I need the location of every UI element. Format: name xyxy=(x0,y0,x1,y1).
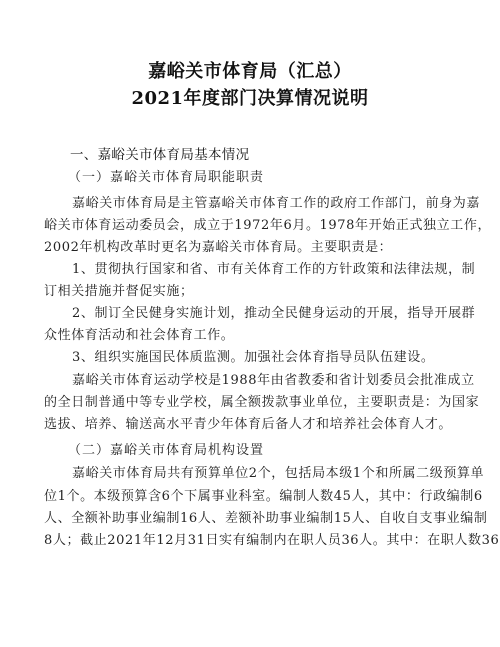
paragraph-line: 人、全额补助事业编制16人、差额补助事业编制15人、自收自支事业编制 xyxy=(44,510,458,528)
paragraph-line: 位1个。本级预算含6个下属事业科室。编制人数45人，其中：行政编制6 xyxy=(44,488,458,506)
paragraph-line: 嘉峪关市体育局共有预算单位2个，包括局本级1个和所属二级预算单 xyxy=(72,465,458,483)
section-heading-basic-info: 一、嘉峪关市体育局基本情况 xyxy=(70,146,249,164)
paragraph-line: 的全日制普通中等专业学校，属全额拨款事业单位，主要职责是：为国家 xyxy=(44,394,458,412)
paragraph-line: 嘉峪关市体育局是主管嘉峪关市体育工作的政府工作部门，前身为嘉 xyxy=(72,195,458,213)
subsection-heading-structure: （二）嘉峪关市体育局机构设置 xyxy=(68,442,264,460)
duty-item-3-line: 3、组织实施国民体质监测。加强社会体育指导员队伍建设。 xyxy=(72,349,458,367)
duty-item-1-line: 1、贯彻执行国家和省、市有关体育工作的方针政策和法律法规，制 xyxy=(72,261,458,279)
duty-item-2-line: 2、制订全民健身实施计划，推动全民健身运动的开展，指导开展群 xyxy=(72,305,458,323)
paragraph-line: 峪关市体育运动委员会，成立于1972年6月。1978年开始正式独立工作， xyxy=(44,217,458,235)
duty-item-2-line: 众性体育活动和社会体育工作。 xyxy=(44,327,458,345)
subsection-heading-duties: （一）嘉峪关市体育局职能职责 xyxy=(68,169,264,187)
document-title-line1: 嘉峪关市体育局（汇总） xyxy=(0,61,500,83)
paragraph-line: 选拔、培养、输送高水平青少年体育后备人才和培养社会体育人才。 xyxy=(44,416,458,434)
duty-item-1-line: 订相关措施并督促实施； xyxy=(44,283,458,301)
paragraph-line: 2002年机构改革时更名为嘉峪关市体育局。主要职责是： xyxy=(44,239,458,257)
document-page: 嘉峪关市体育局（汇总） 2021年度部门决算情况说明 一、嘉峪关市体育局基本情况… xyxy=(0,0,500,647)
paragraph-line: 嘉峪关市体育运动学校是1988年由省教委和省计划委员会批准成立 xyxy=(72,372,458,390)
paragraph-line: 8人；截止2021年12月31日实有编制内在职人员36人。其中：在职人数36 xyxy=(44,532,458,550)
document-title-line2: 2021年度部门决算情况说明 xyxy=(0,88,500,110)
